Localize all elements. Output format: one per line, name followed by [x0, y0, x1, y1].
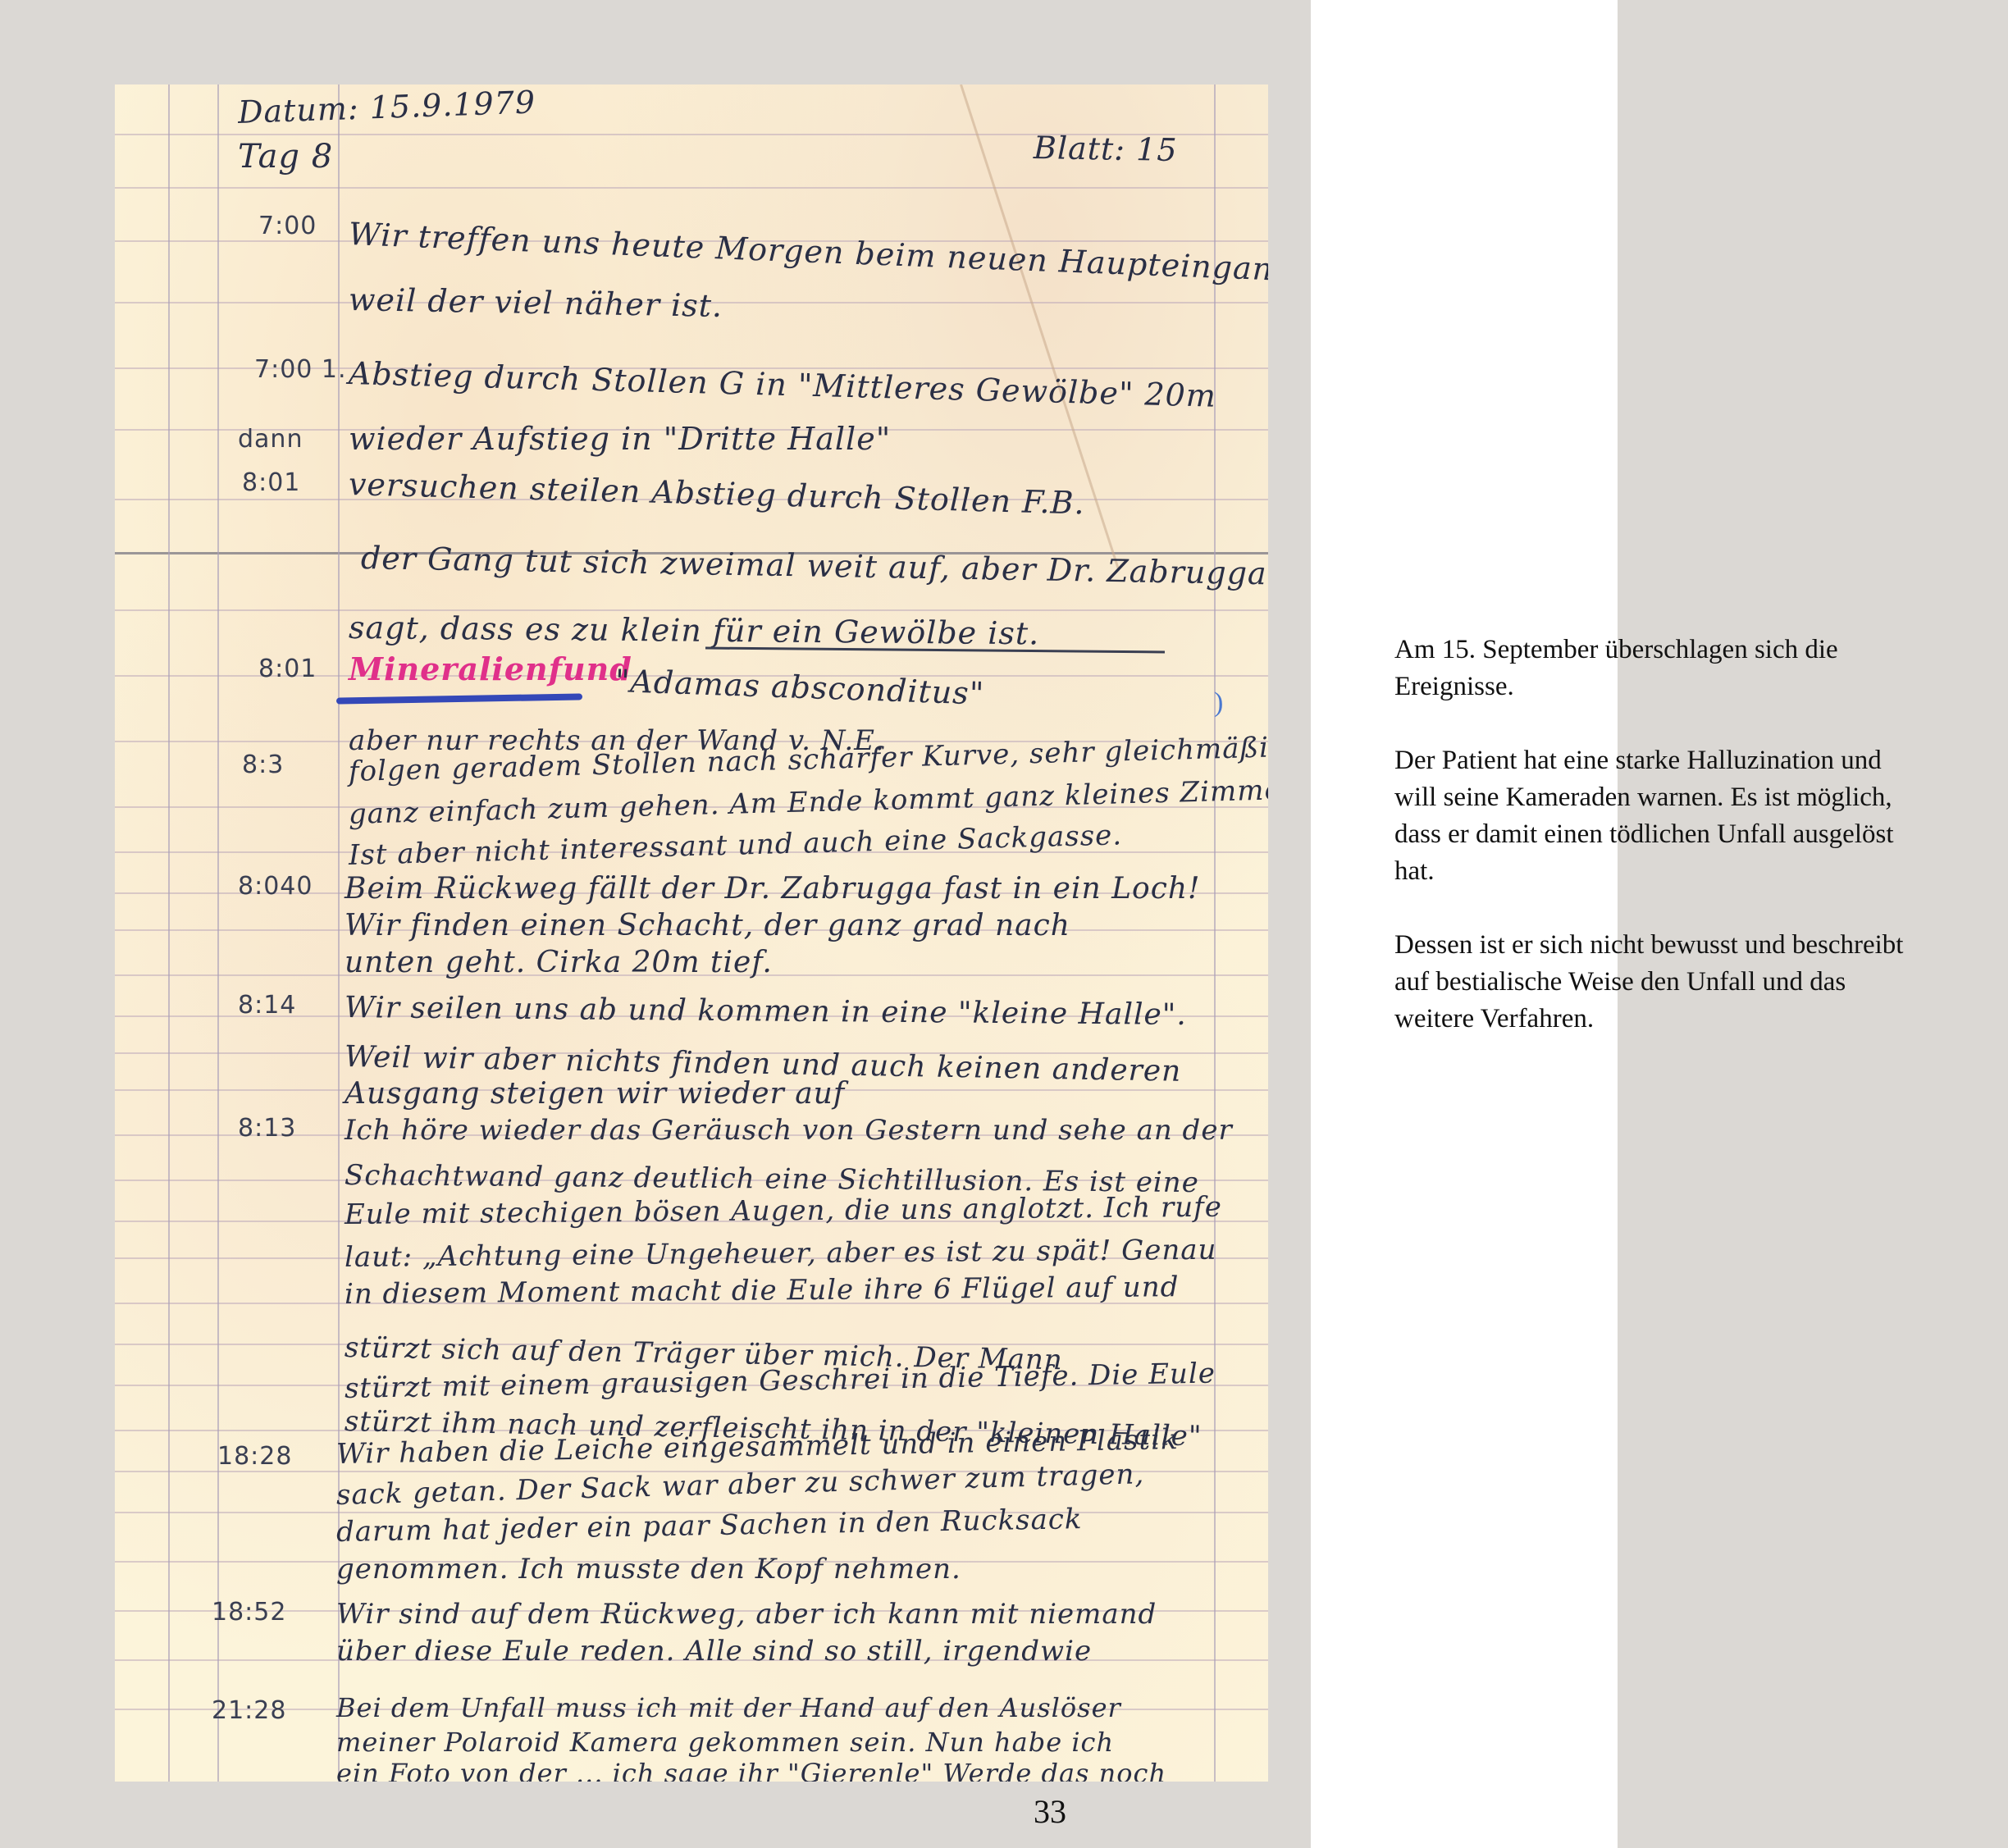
commentary-text: Am 15. September überschlagen sich die E… — [1394, 632, 1919, 1075]
entry-line: Bei dem Unfall muss ich mit der Hand auf… — [336, 1692, 1121, 1723]
mineral-find-highlight: Mineralienfund — [349, 650, 632, 687]
entry-line: über diese Eule reden. Alle sind so stil… — [336, 1635, 1092, 1668]
entry-line: versuchen steilen Abstieg durch Stollen … — [348, 466, 1085, 521]
entry-time: 7:00 1. — [254, 355, 347, 384]
entry-line: meiner Polaroid Kamera gekommen sein. Nu… — [336, 1727, 1114, 1758]
entry-time: 21:28 — [212, 1696, 286, 1725]
entry-line: sagt, dass es zu klein für ein Gewölbe i… — [349, 609, 1040, 651]
entry-line: Wir sind auf dem Rückweg, aber ich kann … — [336, 1598, 1157, 1631]
page-number: 33 — [1017, 1792, 1083, 1831]
commentary-paragraph: Dessen ist er sich nicht bewusst und bes… — [1394, 927, 1919, 1038]
handwritten-diary-page: Datum: 15.9.1979 Blatt: 15 Tag 8 7:00 Wi… — [115, 84, 1268, 1782]
entry-time: 18:52 — [212, 1598, 286, 1627]
entry-line: wieder Aufstieg in "Dritte Halle" — [349, 421, 891, 457]
entry-time: 8:01 — [242, 468, 300, 497]
entry-line: "Adamas absconditus" — [614, 663, 985, 712]
entry-time: 8:01 — [258, 655, 317, 683]
entry-line: Abstieg durch Stollen G in "Mittleres Ge… — [348, 355, 1216, 414]
entry-time: 8:14 — [238, 991, 296, 1020]
diary-day: Tag 8 — [238, 138, 333, 176]
entry-line: Beim Rückweg fällt der Dr. Zabrugga fast… — [345, 872, 1201, 906]
entry-time: 8:3 — [242, 751, 284, 779]
entry-line: weil der viel näher ist. — [349, 281, 723, 324]
entry-line: Wir treffen uns heute Morgen beim neuen … — [348, 216, 1268, 288]
entry-line: Wir finden einen Schacht, der ganz grad … — [345, 909, 1070, 942]
entry-line: Ich höre wieder das Geräusch von Gestern… — [345, 1114, 1233, 1147]
commentary-paragraph: Der Patient hat eine starke Halluzinatio… — [1394, 742, 1919, 890]
entry-line: unten geht. Cirka 20m tief. — [345, 946, 773, 979]
diary-date: Datum: 15.9.1979 — [237, 84, 536, 130]
blue-pen-mark: ) — [1214, 687, 1223, 719]
diary-sheet-number: Blatt: 15 — [1034, 130, 1178, 168]
entry-line: laut: „Achtung eine Ungeheuer, aber es i… — [345, 1234, 1217, 1274]
entry-line: in diesem Moment macht die Eule ihre 6 F… — [345, 1271, 1180, 1311]
entry-time: 8:13 — [238, 1114, 296, 1143]
entry-line: genommen. Ich musste den Kopf nehmen. — [336, 1553, 961, 1586]
entry-line: Wir seilen uns ab und kommen in eine "kl… — [345, 991, 1187, 1032]
commentary-paragraph: Am 15. September überschlagen sich die E… — [1394, 632, 1919, 705]
entry-line: der Gang tut sich zweimal weit auf, aber… — [361, 540, 1267, 591]
entry-line: ein Foto von der ... ich sage ihr "Giere… — [336, 1758, 1166, 1782]
entry-time: 18:28 — [217, 1442, 292, 1471]
entry-time: dann — [238, 425, 303, 454]
entry-line: darum hat jeder ein paar Sachen in den R… — [336, 1503, 1083, 1549]
entry-line: Eule mit stechigen bösen Augen, die uns … — [345, 1191, 1222, 1231]
entry-time: 7:00 — [258, 212, 317, 240]
entry-time: 8:040 — [238, 872, 313, 901]
entry-line: Ausgang steigen wir wieder auf — [345, 1077, 845, 1111]
blue-underline — [336, 693, 582, 704]
